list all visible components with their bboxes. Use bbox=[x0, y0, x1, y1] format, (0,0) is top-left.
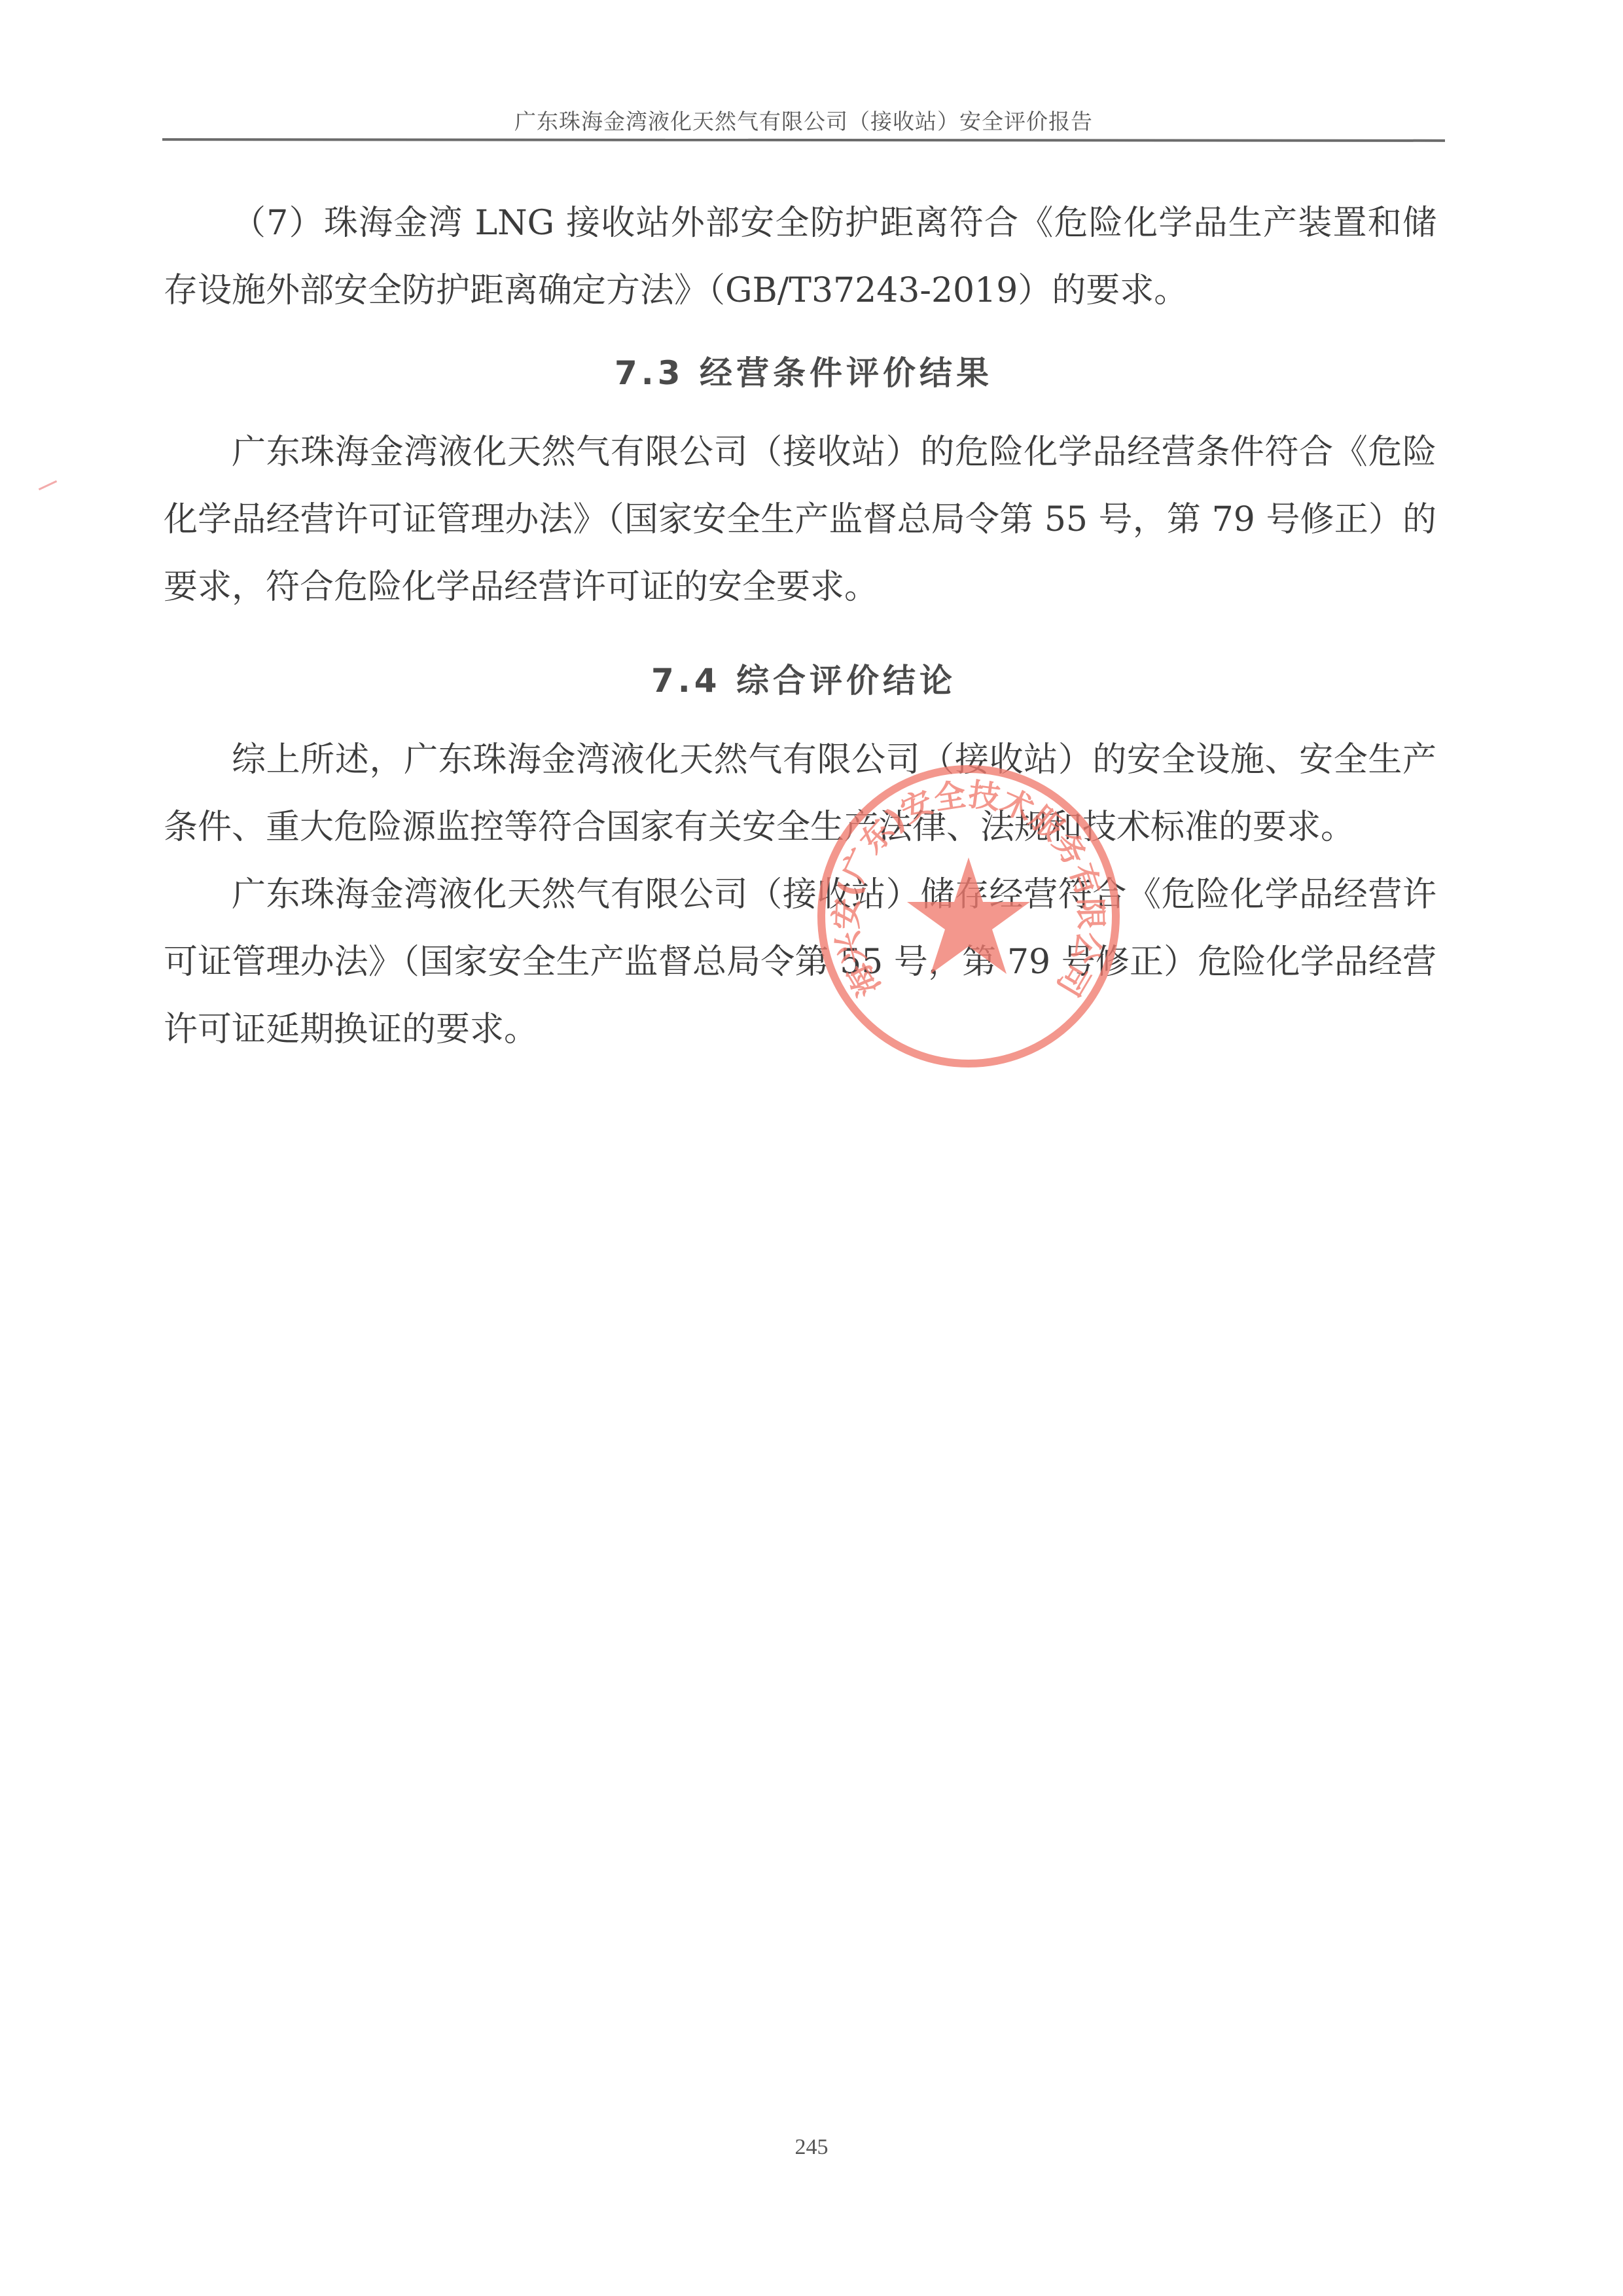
section-7-3-paragraph: 广东珠海金湾液化天然气有限公司（接收站）的危险化学品经营条件符合《危险化学品经营… bbox=[164, 419, 1436, 621]
page-header-title: 广东珠海金湾液化天然气有限公司（接收站）安全评价报告 bbox=[162, 105, 1445, 135]
section-7-4-paragraph-2: 广东珠海金湾液化天然气有限公司（接收站）储存经营符合《危险化学品经营许可证管理办… bbox=[164, 861, 1436, 1064]
section-7-3-body: 广东珠海金湾液化天然气有限公司（接收站）的危险化学品经营条件符合《危险化学品经营… bbox=[164, 419, 1436, 621]
header-divider bbox=[162, 138, 1445, 142]
item-7-block: （7）珠海金湾 LNG 接收站外部安全防护距离符合《危险化学品生产装置和储存设施… bbox=[164, 190, 1436, 325]
section-heading-7-3: 7.3 经营条件评价结果 bbox=[162, 347, 1445, 394]
stray-ink-mark bbox=[39, 480, 57, 490]
section-heading-7-4: 7.4 综合评价结论 bbox=[162, 655, 1445, 702]
section-7-4-paragraph-1: 综上所述，广东珠海金湾液化天然气有限公司（接收站）的安全设施、安全生产条件、重大… bbox=[164, 726, 1436, 861]
section-7-4-body: 综上所述，广东珠海金湾液化天然气有限公司（接收站）的安全设施、安全生产条件、重大… bbox=[164, 726, 1436, 1064]
page-number: 245 bbox=[759, 2135, 864, 2160]
item-7-paragraph: （7）珠海金湾 LNG 接收站外部安全防护距离符合《危险化学品生产装置和储存设施… bbox=[164, 190, 1436, 325]
